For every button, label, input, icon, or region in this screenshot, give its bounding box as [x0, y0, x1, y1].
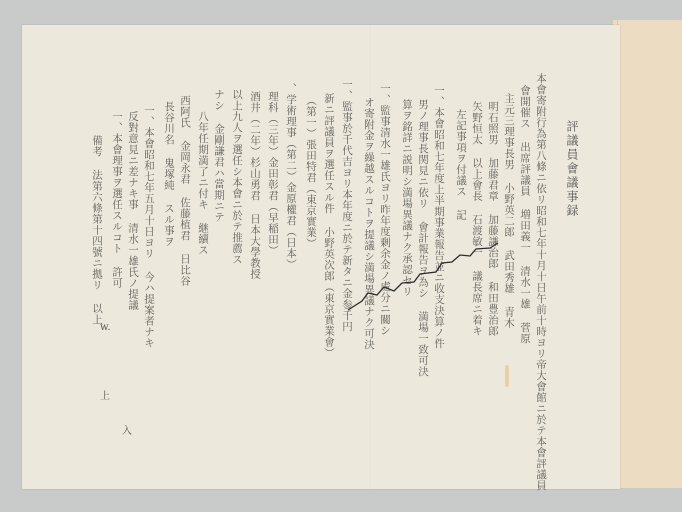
- back-sheet: [612, 20, 682, 488]
- tear-line: [22, 25, 620, 489]
- document-sheet: 評議員會議事録 本會寄附行為第八條ニ依リ昭和七年十月十日午前十時ヨリ帝大會館ニ於…: [22, 25, 620, 489]
